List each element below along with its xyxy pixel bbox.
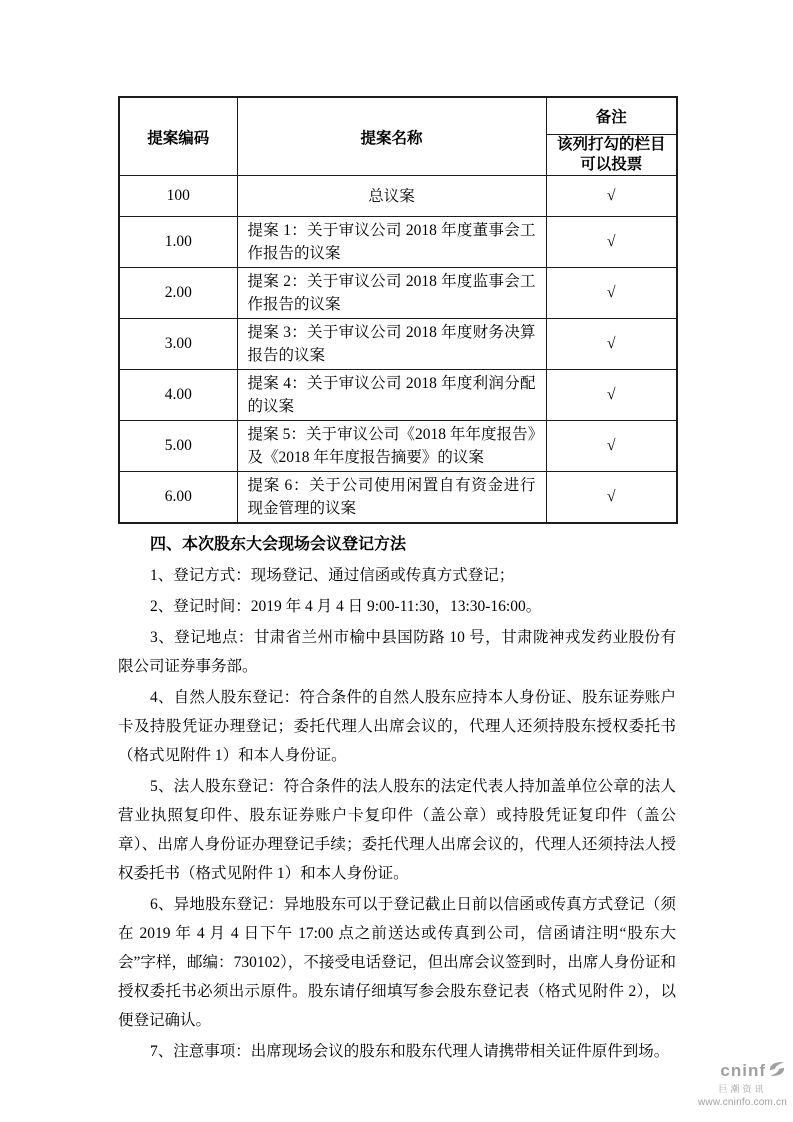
- cninfo-logo: cninf 巨潮资讯 www.cninfo.com.cn: [698, 1059, 787, 1108]
- proposal-code: 4.00: [119, 370, 237, 421]
- table-row: 3.00 提案 3：关于审议公司 2018 年度财务决算报告的议案 √: [119, 319, 677, 370]
- proposals-table: 提案编码 提案名称 备注 该列打勾的栏目可以投票 100 总议案 √ 1.00 …: [118, 96, 678, 524]
- paragraph-registration-method: 1、登记方式：现场登记、通过信函或传真方式登记；: [118, 561, 676, 590]
- proposal-name: 提案 3：关于审议公司 2018 年度财务决算报告的议案: [237, 319, 546, 370]
- vote-checkmark: √: [546, 370, 677, 421]
- vote-checkmark: √: [546, 319, 677, 370]
- paragraph-notes: 7、注意事项：出席现场会议的股东和股东代理人请携带相关证件原件到场。: [118, 1037, 676, 1066]
- vote-checkmark: √: [546, 472, 677, 524]
- table-row: 2.00 提案 2：关于审议公司 2018 年度监事会工作报告的议案 √: [119, 268, 677, 319]
- table-row: 4.00 提案 4：关于审议公司 2018 年度利润分配的议案 √: [119, 370, 677, 421]
- cninfo-brand-row: cninf: [698, 1059, 787, 1084]
- vote-checkmark: √: [546, 176, 677, 217]
- cninfo-brand-text: cninf: [720, 1062, 766, 1081]
- proposal-code: 1.00: [119, 217, 237, 268]
- proposal-name: 提案 6：关于公司使用闲置自有资金进行现金管理的议案: [237, 472, 546, 524]
- table-row: 100 总议案 √: [119, 176, 677, 217]
- proposal-name: 提案 5：关于审议公司《2018 年年度报告》及《2018 年年度报告摘要》的议…: [237, 421, 546, 472]
- proposal-name: 提案 1：关于审议公司 2018 年度董事会工作报告的议案: [237, 217, 546, 268]
- proposal-code: 2.00: [119, 268, 237, 319]
- cninfo-swirl-icon: [767, 1059, 787, 1084]
- proposal-code: 5.00: [119, 421, 237, 472]
- table-row: 5.00 提案 5：关于审议公司《2018 年年度报告》及《2018 年年度报告…: [119, 421, 677, 472]
- cninfo-chinese-name: 巨潮资讯: [698, 1085, 787, 1095]
- paragraph-registration-time: 2、登记时间：2019 年 4 月 4 日 9:00-11:30，13:30-1…: [118, 592, 676, 621]
- document-content: 提案编码 提案名称 备注 该列打勾的栏目可以投票 100 总议案 √ 1.00 …: [118, 96, 676, 1066]
- proposal-code: 6.00: [119, 472, 237, 524]
- vote-checkmark: √: [546, 217, 677, 268]
- vote-checkmark: √: [546, 421, 677, 472]
- vote-checkmark: √: [546, 268, 677, 319]
- proposal-code: 100: [119, 176, 237, 217]
- paragraph-remote-shareholder: 6、异地股东登记：异地股东可以于登记截止日前以信函或传真方式登记（须在 2019…: [118, 890, 676, 1035]
- table-header-row: 提案编码 提案名称 备注: [119, 97, 677, 135]
- paragraph-registration-place: 3、登记地点：甘肃省兰州市榆中县国防路 10 号，甘肃陇神戎发药业股份有限公司证…: [118, 623, 676, 681]
- header-proposal-name: 提案名称: [237, 97, 546, 176]
- section-heading: 四、本次股东大会现场会议登记方法: [118, 530, 676, 559]
- header-remark: 备注: [546, 97, 677, 135]
- header-remark-note: 该列打勾的栏目可以投票: [546, 135, 677, 176]
- table-row: 1.00 提案 1：关于审议公司 2018 年度董事会工作报告的议案 √: [119, 217, 677, 268]
- proposal-name: 提案 4：关于审议公司 2018 年度利润分配的议案: [237, 370, 546, 421]
- document-page: 提案编码 提案名称 备注 该列打勾的栏目可以投票 100 总议案 √ 1.00 …: [0, 0, 793, 1122]
- proposal-name: 提案 2：关于审议公司 2018 年度监事会工作报告的议案: [237, 268, 546, 319]
- table-row: 6.00 提案 6：关于公司使用闲置自有资金进行现金管理的议案 √: [119, 472, 677, 524]
- header-proposal-code: 提案编码: [119, 97, 237, 176]
- proposal-name: 总议案: [237, 176, 546, 217]
- paragraph-corporate-shareholder: 5、法人股东登记：符合条件的法人股东的法定代表人持加盖单位公章的法人营业执照复印…: [118, 772, 676, 888]
- cninfo-url: www.cninfo.com.cn: [698, 1097, 787, 1108]
- proposal-code: 3.00: [119, 319, 237, 370]
- paragraph-individual-shareholder: 4、自然人股东登记：符合条件的自然人股东应持本人身份证、股东证券账户卡及持股凭证…: [118, 683, 676, 770]
